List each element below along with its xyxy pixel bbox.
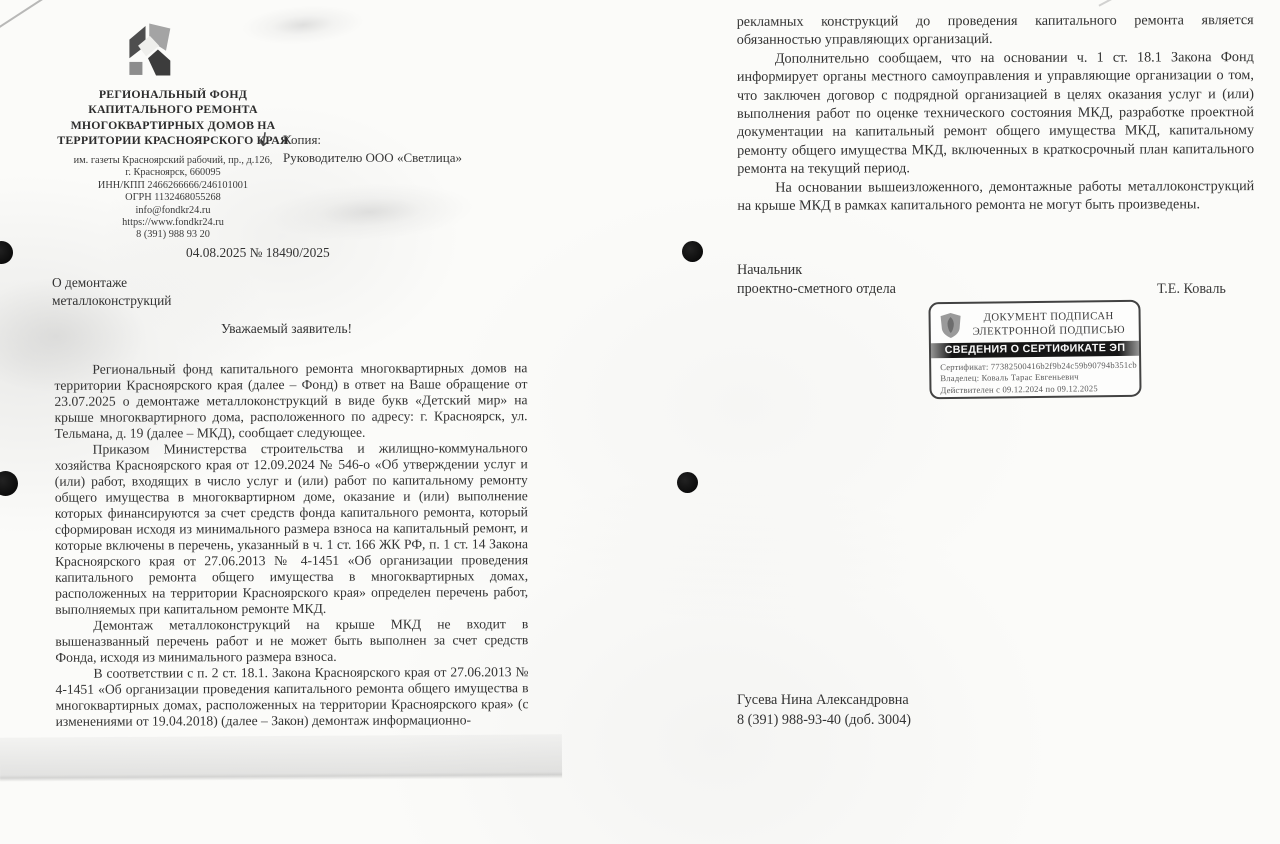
- org-address-line: им. газеты Красноярский рабочий, пр., д.…: [38, 155, 308, 167]
- copy-recipient: Руководителю ООО «Светлица»: [283, 149, 523, 167]
- paragraph: Региональный фонд капитального ремонта м…: [54, 360, 527, 442]
- executor-contact-block: Гусева Нина Александровна 8 (391) 988-93…: [737, 691, 911, 730]
- paragraph: На основании вышеизложенного, демонтажны…: [737, 177, 1254, 216]
- stamp-certificate-band: СВЕДЕНИЯ О СЕРТИФИКАТЕ ЭП: [931, 341, 1139, 359]
- org-phone: 8 (391) 988 93 20: [38, 229, 308, 241]
- paragraph: В соответствии с п. 2 ст. 18.1. Закона К…: [55, 664, 528, 730]
- scanned-letter: РЕГИОНАЛЬНЫЙ ФОНД КАПИТАЛЬНОГО РЕМОНТА М…: [0, 0, 1280, 844]
- electronic-signature-stamp: ДОКУМЕНТ ПОДПИСАН ЭЛЕКТРОННОЙ ПОДПИСЬЮ С…: [928, 300, 1141, 400]
- copy-recipient-block: Копия: Руководителю ООО «Светлица»: [283, 131, 523, 166]
- executor-name: Гусева Нина Александровна: [737, 691, 911, 711]
- stamp-details: Сертификат: 77382500416b2f9b24c59b90794b…: [940, 360, 1139, 396]
- signature-position-line: Начальник: [737, 261, 896, 280]
- page2-body: рекламных конструкций до проведения капи…: [737, 11, 1255, 215]
- redaction-smudge: [241, 2, 365, 48]
- date-and-number: 04.08.2025 № 18490/2025: [186, 245, 330, 261]
- signature-position: Начальник проектно-сметного отдела: [737, 261, 896, 298]
- subject-block: О демонтаже металлоконструкций: [52, 274, 171, 309]
- page1-body: Региональный фонд капитального ремонта м…: [54, 360, 528, 730]
- org-address-line: г. Красноярск, 660095: [38, 167, 308, 179]
- down-arrow-icon: ↓: [255, 128, 274, 152]
- org-address-block: им. газеты Красноярский рабочий, пр., д.…: [38, 155, 308, 242]
- page-edge-shadow: [0, 734, 562, 785]
- stamp-validity: Действителен с 09.12.2024 по 09.12.2025: [940, 382, 1139, 396]
- subject-line: О демонтаже: [52, 274, 171, 292]
- fund-logo-icon: [117, 20, 179, 84]
- scratch-mark: [0, 0, 46, 30]
- subject-line: металлоконструкций: [52, 292, 171, 310]
- copy-label: Копия:: [283, 131, 523, 149]
- org-email: info@fondkr24.ru: [38, 205, 308, 217]
- org-address-line: ОГРН 1132468055268: [38, 192, 308, 204]
- hole-punch-dot: [0, 241, 13, 264]
- signature-position-line: проектно-сметного отдела: [737, 280, 896, 299]
- coat-of-arms-icon: [940, 312, 962, 339]
- executor-phone: 8 (391) 988-93-40 (доб. 3004): [737, 711, 911, 731]
- salutation: Уважаемый заявитель!: [221, 321, 352, 337]
- org-website: https://www.fondkr24.ru: [38, 217, 308, 229]
- paragraph: Демонтаж металлоконструкций на крыше МКД…: [55, 616, 528, 666]
- paragraph: Приказом Министерства строительства и жи…: [55, 440, 529, 618]
- paragraph: рекламных конструкций до проведения капи…: [737, 11, 1254, 50]
- pen-mark: [1098, 0, 1113, 7]
- paragraph: Дополнительно сообщаем, что на основании…: [737, 48, 1254, 179]
- stamp-title-line: ЭЛЕКТРОННОЙ ПОДПИСЬЮ: [965, 323, 1133, 339]
- org-address-line: ИНН/КПП 2466266666/246101001: [38, 180, 308, 192]
- hole-punch-dot: [0, 471, 18, 496]
- signature-name: Т.Е. Коваль: [1157, 281, 1226, 298]
- stamp-title: ДОКУМЕНТ ПОДПИСАН ЭЛЕКТРОННОЙ ПОДПИСЬЮ: [965, 310, 1133, 339]
- org-name-line: КАПИТАЛЬНОГО РЕМОНТА: [38, 102, 308, 117]
- hole-punch-dot: [682, 241, 703, 262]
- org-name-line: РЕГИОНАЛЬНЫЙ ФОНД: [38, 87, 308, 102]
- hole-punch-dot: [677, 472, 698, 493]
